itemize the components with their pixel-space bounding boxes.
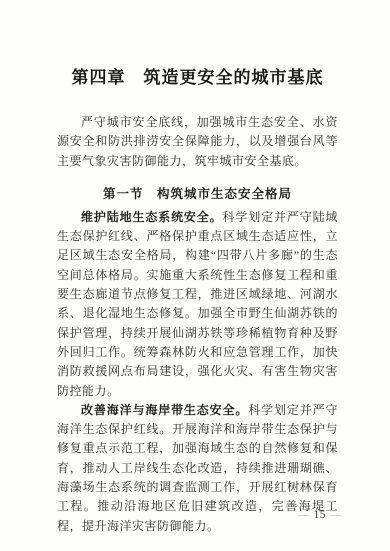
paragraph-body: 科学划定并严守陆域生态保护红线、严格保护重点区域生态适应性，立足区域生态安全格局… <box>57 210 338 398</box>
paragraph-land-ecosystem: 维护陆地生态系统安全。科学划定并严守陆域生态保护红线、严格保护重点区域生态适应性… <box>57 208 338 401</box>
paragraph-lead: 维护陆地生态系统安全。 <box>81 210 223 224</box>
paragraph-lead: 改善海洋与海岸带生态安全。 <box>81 403 248 417</box>
intro-paragraph: 严守城市安全底线，加强城市生态安全、水资源安全和防洪排涝安全保障能力，以及增强台… <box>57 113 338 171</box>
page-number-value: 15 <box>314 509 327 521</box>
document-page: 第四章 筑造更安全的城市基底 严守城市安全底线，加强城市生态安全、水资源安全和防… <box>0 0 390 551</box>
chapter-title: 第四章 筑造更安全的城市基底 <box>57 0 338 90</box>
page-content: 第四章 筑造更安全的城市基底 严守城市安全底线，加强城市生态安全、水资源安全和防… <box>57 0 338 536</box>
page-number: —15— <box>294 509 347 521</box>
section-heading: 第一节 构筑城市生态安全格局 <box>57 184 338 202</box>
page-number-dash-left: — <box>298 509 310 521</box>
page-number-dash-right: — <box>330 509 342 521</box>
